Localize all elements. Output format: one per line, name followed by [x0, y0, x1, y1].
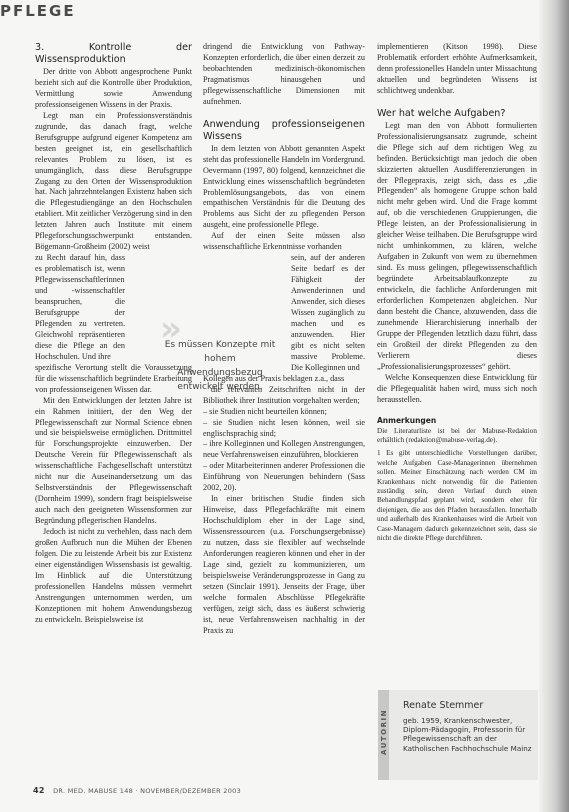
heading-aufgaben: Wer hat welche Aufgaben?	[377, 108, 537, 120]
paragraph: Auf der einen Seite müssen also wissensc…	[203, 231, 365, 253]
paragraph: dringend die Entwicklung von Pathway-Kon…	[203, 42, 365, 108]
heading-kontrolle: 3. Kontrolle der Wissensproduktion	[35, 42, 192, 66]
page-number: 42	[33, 786, 45, 795]
publication-info: DR. MED. MABUSE 148 · NOVEMBER/DEZEMBER …	[53, 787, 241, 795]
annotation-item: 1 Es gibt unterschiedliche Vorstellungen…	[377, 449, 537, 543]
paragraph-narrow: zu Recht darauf hin, dass es problematis…	[35, 253, 125, 363]
heading-anwendung: Anwendung professionseigenen Wissens	[203, 119, 365, 143]
paragraph: Kollegen aus der Praxis beklagen z.a., d…	[203, 374, 365, 385]
author-tab: AUTORIN	[378, 690, 389, 780]
author-tab-label: AUTORIN	[380, 704, 388, 760]
paragraph: Welche Konsequenzen diese Entwicklung fü…	[377, 373, 537, 406]
paragraph-narrow: sein, auf der anderen Seite bedarf es de…	[291, 253, 365, 373]
list-item: – sie Studien nicht beurteilen können;	[203, 407, 365, 418]
annotations: Die Literaturliste ist bei der Mabuse-Re…	[377, 427, 537, 544]
author-name: Renate Stemmer	[403, 700, 483, 711]
list-intro: die relevanten Zeitschriften nicht in de…	[203, 385, 365, 407]
author-box: AUTORIN Renate Stemmer geb. 1959, Kranke…	[378, 690, 538, 780]
page-footer: 42 DR. MED. MABUSE 148 · NOVEMBER/DEZEMB…	[33, 786, 241, 795]
author-bio: geb. 1959, Krankenschwester, Diplom-Päda…	[403, 716, 533, 753]
page-binding-shadow	[539, 0, 569, 812]
paragraph: Der dritte von Abbott angesprochene Punk…	[35, 67, 192, 111]
paragraph: Jedoch ist nicht zu verhehlen, dass nach…	[35, 527, 192, 626]
paragraph: In einer britischen Studie finden sich H…	[203, 494, 365, 636]
paragraph: In dem letzten von Abbott genannten Aspe…	[203, 144, 365, 232]
paragraph: Legt man den von Abbott formulierten Pro…	[377, 121, 537, 373]
magazine-page: PFLEGE 3. Kontrolle der Wissensproduktio…	[0, 0, 569, 812]
annotation-item: Die Literaturliste ist bei der Mabuse-Re…	[377, 427, 537, 446]
list-item: – sie Studien nicht lesen können, weil s…	[203, 418, 365, 440]
list-item: – ihre Kolleginnen und Kollegen Anstreng…	[203, 439, 365, 461]
section-header: PFLEGE	[0, 2, 76, 20]
column-2: dringend die Entwicklung von Pathway-Kon…	[203, 42, 365, 637]
paragraph: implementieren (Kitson 1998). Diese Prob…	[377, 42, 537, 97]
annotations-title: Anmerkungen	[377, 416, 537, 427]
column-3: implementieren (Kitson 1998). Diese Prob…	[377, 42, 537, 543]
paragraph: Legt man ein Professionsverständnis zugr…	[35, 111, 192, 253]
list-item: – oder Mitarbeiterinnen anderer Professi…	[203, 461, 365, 494]
